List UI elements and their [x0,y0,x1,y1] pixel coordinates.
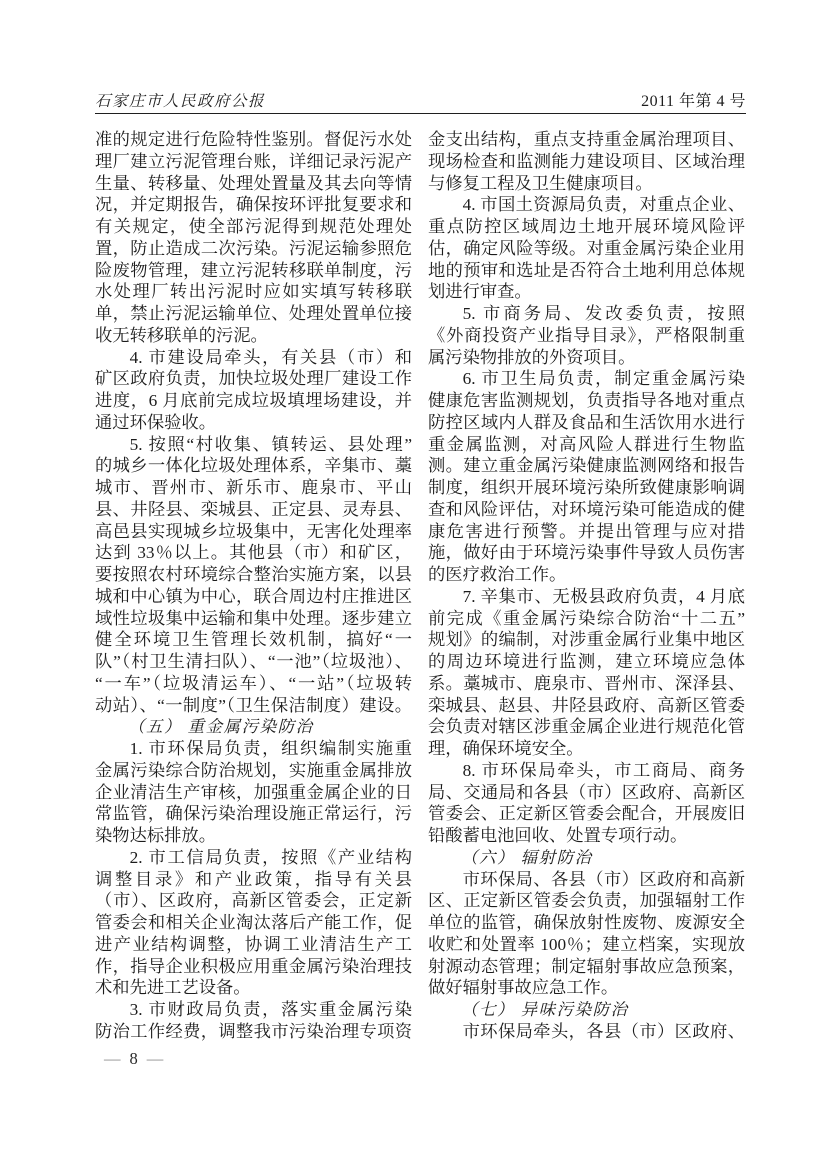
text-line: 域性垃圾集中运输和集中处理。逐步建立 [95,608,412,630]
text-line: 管委会和相关企业淘汰落后产能工作，促 [95,912,412,934]
text-line: 防治工作经费，调整我市污染治理专项资 [95,1021,412,1043]
text-line: 理厂建立污泥管理台账，详细记录污泥产 [95,151,412,173]
text-line: 进产业结构调整，协调工业清洁生产工 [95,934,412,956]
text-line: 染物达标排放。 [95,825,412,847]
text-line: 况，并定期报告，确保按环评批复要求和 [95,194,412,216]
text-line: 健全环境卫生管理长效机制，搞好“一 [95,629,412,651]
text-line: 5. 按照“村收集、镇转运、县处理” [95,434,412,456]
text-line: 7. 辛集市、无极县政府负责，4 月底 [428,586,745,608]
text-line: 做好辐射事故应急工作。 [428,977,745,999]
text-line: 查和风险评估，对环境污染可能造成的健 [428,499,745,521]
page-number: — 8 — [104,1048,163,1070]
text-line: 城市、晋州市、新乐市、鹿泉市、平山 [95,477,412,499]
page-number-left-dash: — [104,1049,121,1069]
text-line: 3. 市财政局负责，落实重金属污染 [95,999,412,1021]
text-line: “一车”（垃圾清运车）、“一站”（垃圾转 [95,673,412,695]
text-line: 有关规定，使全部污泥得到规范处理处 [95,216,412,238]
text-line: 6. 市卫生局负责，制定重金属污染 [428,368,745,390]
text-line: 矿区政府负责，加快垃圾处理厂建设工作 [95,368,412,390]
text-line: 单位的监管，确保放射性废物、废源安全 [428,912,745,934]
text-line: 规划》的编制，对涉重金属行业集中地区 [428,629,745,651]
text-line: 与修复工程及卫生健康项目。 [428,173,745,195]
text-line: 防控区域内人群及食品和生活饮用水进行 [428,412,745,434]
text-line: 高邑县实现城乡垃圾集中，无害化处理率 [95,521,412,543]
text-line: 4. 市建设局牵头，有关县（市）和 [95,347,412,369]
text-line: 要按照农村环境综合整治实施方案，以县 [95,564,412,586]
text-line: 康危害进行预警。并提出管理与应对措 [428,521,745,543]
text-line: 8. 市环保局牵头，市工商局、商务 [428,760,745,782]
text-line: 进度，6 月底前完成垃圾填埋场建设，并 [95,390,412,412]
text-line: （市）、区政府，高新区管委会，正定新区 [95,890,412,912]
text-line: 1. 市环保局负责，组织编制实施重 [95,738,412,760]
text-line: 管委会、正定新区管委会配合，开展废旧 [428,803,745,825]
text-line: 划进行审查。 [428,281,745,303]
text-line: 测。建立重金属污染健康监测网络和报告 [428,455,745,477]
text-line: 会负责对辖区涉重金属企业进行规范化管 [428,716,745,738]
text-line: 市环保局、各县（市）区政府和高新 [428,869,745,891]
text-line: 区、正定新区管委会负责，加强辐射工作 [428,890,745,912]
text-line: 水处理厂转出污泥时应如实填写转移联 [95,281,412,303]
text-line: 重点防控区域周边土地开展环境风险评 [428,216,745,238]
text-line: 金属污染综合防治规划，实施重金属排放 [95,760,412,782]
text-line: 属污染物排放的外资项目。 [428,347,745,369]
text-line: 理，确保环境安全。 [428,738,745,760]
left-column: 准的规定进行危险特性鉴别。督促污水处理厂建立污泥管理台账，详细记录污泥产生量、转… [95,129,412,1043]
text-line: 收无转移联单的污泥。 [95,325,412,347]
text-line: 生量、转移量、处理处置量及其去向等情 [95,173,412,195]
text-line: 铅酸蓄电池回收、处置专项行动。 [428,825,745,847]
text-line: 制度，组织开展环境污染所致健康影响调 [428,477,745,499]
section-heading: （七） 异味污染防治 [428,999,745,1021]
text-line: 重金属监测，对高风险人群进行生物监 [428,434,745,456]
text-line: 的城乡一体化垃圾处理体系，辛集市、藁 [95,455,412,477]
text-line: 县、井陉县、栾城县、正定县、灵寿县、 [95,499,412,521]
right-column: 金支出结构，重点支持重金属治理项目、现场检查和监测能力建设项目、区域治理与修复工… [428,129,745,1043]
text-line: 常监管，确保污染治理设施正常运行，污 [95,803,412,825]
text-line: 地的预审和选址是否符合土地利用总体规 [428,260,745,282]
text-line: 系。藁城市、鹿泉市、晋州市、深泽县、 [428,673,745,695]
text-line: 单，禁止污泥运输单位、处理处置单位接 [95,303,412,325]
text-line: 作，指导企业积极应用重金属污染治理技 [95,956,412,978]
text-line: 险废物管理，建立污泥转移联单制度，污 [95,260,412,282]
gazette-page: 石家庄市人民政府公报 2011 年第 4 号 准的规定进行危险特性鉴别。督促污水… [0,0,826,1169]
text-line: 2. 市工信局负责，按照《产业结构 [95,847,412,869]
text-line: 动站）、“一制度”（卫生保洁制度）建设。 [95,695,412,717]
text-line: 的医疗救治工作。 [428,564,745,586]
issue-number: 2011 年第 4 号 [641,88,746,111]
page-header: 石家庄市人民政府公报 2011 年第 4 号 [95,88,746,112]
header-rule [95,113,746,114]
text-line: 城和中心镇为中心，联合周边村庄推进区 [95,586,412,608]
section-heading: （六） 辐射防治 [428,847,745,869]
text-line: 施，做好由于环境污染事件导致人员伤害 [428,542,745,564]
text-line: 队”（村卫生清扫队）、“一池”（垃圾池）、 [95,651,412,673]
text-body: 准的规定进行危险特性鉴别。督促污水处理厂建立污泥管理台账，详细记录污泥产生量、转… [95,129,746,1043]
text-line: 调整目录》和产业政策，指导有关县 [95,869,412,891]
text-line: 市环保局牵头，各县（市）区政府、 [428,1021,745,1043]
section-heading: （五） 重金属污染防治 [95,716,412,738]
text-line: 通过环保验收。 [95,412,412,434]
text-line: 现场检查和监测能力建设项目、区域治理 [428,151,745,173]
text-line: 前完成《重金属污染综合防治“十二五” [428,608,745,630]
text-line: 射源动态管理；制定辐射事故应急预案， [428,956,745,978]
text-line: 准的规定进行危险特性鉴别。督促污水处 [95,129,412,151]
text-line: 企业清洁生产审核，加强重金属企业的日 [95,782,412,804]
text-line: 栾城县、赵县、井陉县政府、高新区管委 [428,695,745,717]
text-line: 估，确定风险等级。对重金属污染企业用 [428,238,745,260]
publication-title: 石家庄市人民政府公报 [95,89,265,111]
text-line: 健康危害监测规划，负责指导各地对重点 [428,390,745,412]
text-line: 术和先进工艺设备。 [95,977,412,999]
text-line: 达到 33％以上。其他县（市）和矿区， [95,542,412,564]
text-line: 5. 市商务局、发改委负责，按照 [428,303,745,325]
text-line: 的周边环境进行监测，建立环境应急体 [428,651,745,673]
text-line: 收贮和处置率 100％；建立档案，实现放 [428,934,745,956]
text-line: 置，防止造成二次污染。污泥运输参照危 [95,238,412,260]
text-line: 《外商投资产业指导目录》，严格限制重金 [428,325,745,347]
text-line: 4. 市国土资源局负责，对重点企业、 [428,194,745,216]
text-line: 金支出结构，重点支持重金属治理项目、 [428,129,745,151]
page-number-value: 8 [130,1049,138,1069]
page-number-right-dash: — [147,1049,164,1069]
text-line: 局、交通局和各县（市）区政府、高新区 [428,782,745,804]
